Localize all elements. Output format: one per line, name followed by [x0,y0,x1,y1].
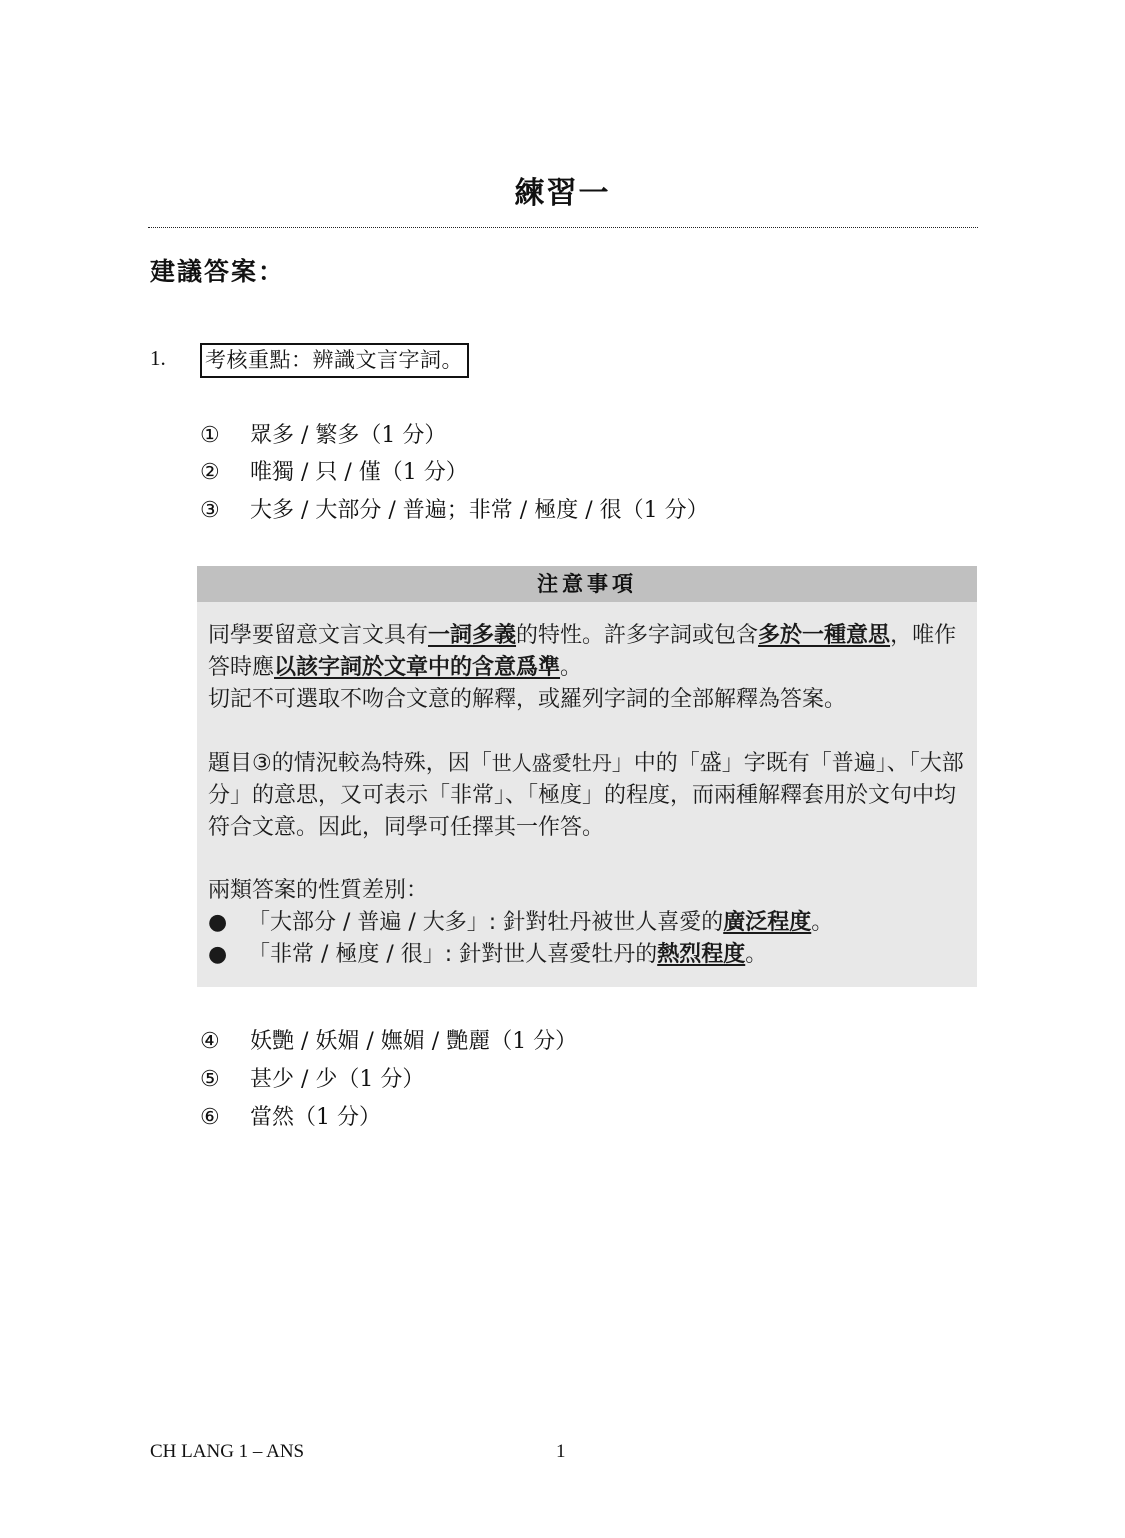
answer-item-4: ④妖艷 / 妖媚 / 嫵媚 / 艷麗（1 分） [200,1027,577,1057]
footer-page-number: 1 [556,1441,566,1463]
answer-text: 眾多 / 繁多（1 分） [250,423,446,448]
note-text: 同學要留意文言文具有 [208,623,428,648]
note-text: 「非常 / 極度 / 很」: 針對世人喜愛牡丹的 [248,942,657,967]
note-bullet-2: ●「非常 / 極度 / 很」: 針對世人喜愛牡丹的熱烈程度。 [208,939,967,971]
answer-text: 大多 / 大部分 / 普遍；非常 / 極度 / 很（1 分） [250,498,709,523]
answer-text: 當然（1 分） [250,1105,381,1130]
answer-marker: ④ [200,1027,250,1057]
note-text: 「大部分 / 普遍 / 大多」: 針對牡丹被世人喜愛的 [248,910,723,935]
answer-item-5: ⑤甚少 / 少（1 分） [200,1065,424,1095]
note-box-body: 同學要留意文言文具有一詞多義的特性。許多字詞或包含多於一種意思，唯作答時應以該字… [197,602,977,971]
answer-item-2: ②唯獨 / 只 / 僅（1 分） [200,458,468,488]
note-text: 的特性。許多字詞或包含 [516,623,758,648]
note-paragraph-1: 同學要留意文言文具有一詞多義的特性。許多字詞或包含多於一種意思，唯作答時應以該字… [208,620,967,684]
note-text: 題目③的情況較為特殊，因「 [208,751,492,776]
answer-item-1: ①眾多 / 繁多（1 分） [200,421,446,451]
answer-marker: ① [200,421,250,451]
dotted-divider [148,227,978,228]
answer-marker: ⑥ [200,1103,250,1133]
answer-text: 妖艷 / 妖媚 / 嫵媚 / 艷麗（1 分） [250,1029,577,1054]
note-text: 。 [560,655,582,680]
note-quote: 世人盛愛牡丹 [492,751,612,775]
note-text: 。 [745,942,767,967]
note-box-heading: 注意事項 [197,566,977,602]
answer-marker: ③ [200,496,250,526]
answer-text: 甚少 / 少（1 分） [250,1067,424,1092]
footer-course-code: CH LANG 1 – ANS [150,1441,304,1463]
note-box: 注意事項 同學要留意文言文具有一詞多義的特性。許多字詞或包含多於一種意思，唯作答… [197,566,977,987]
page-title: 練習一 [0,168,1125,212]
bullet-icon: ● [208,939,248,971]
note-emphasis: 多於一種意思 [758,623,890,648]
answer-marker: ⑤ [200,1065,250,1095]
note-paragraph-2: 切記不可選取不吻合文意的解釋，或羅列字詞的全部解釋為答案。 [208,684,967,716]
answer-item-6: ⑥當然（1 分） [200,1103,381,1133]
note-bullet-1: ●「大部分 / 普遍 / 大多」: 針對牡丹被世人喜愛的廣泛程度。 [208,907,967,939]
note-paragraph-4-label: 兩類答案的性質差別： [208,875,967,907]
note-paragraph-3: 題目③的情況較為特殊，因「世人盛愛牡丹」中的「盛」字既有「普遍」、「大部分」的意… [208,747,967,844]
note-emphasis: 一詞多義 [428,623,516,648]
answer-marker: ② [200,458,250,488]
assessment-focus-box: 考核重點：辨識文言字詞。 [200,343,469,378]
note-text: 。 [811,910,833,935]
note-emphasis: 熱烈程度 [657,942,745,967]
answer-text: 唯獨 / 只 / 僅（1 分） [250,460,468,485]
question-number: 1. [150,346,166,371]
note-emphasis: 以該字詞於文章中的含意爲準 [274,655,560,680]
note-emphasis: 廣泛程度 [723,910,811,935]
suggested-answers-heading: 建議答案： [150,252,285,288]
answer-item-3: ③大多 / 大部分 / 普遍；非常 / 極度 / 很（1 分） [200,496,709,526]
bullet-icon: ● [208,907,248,939]
